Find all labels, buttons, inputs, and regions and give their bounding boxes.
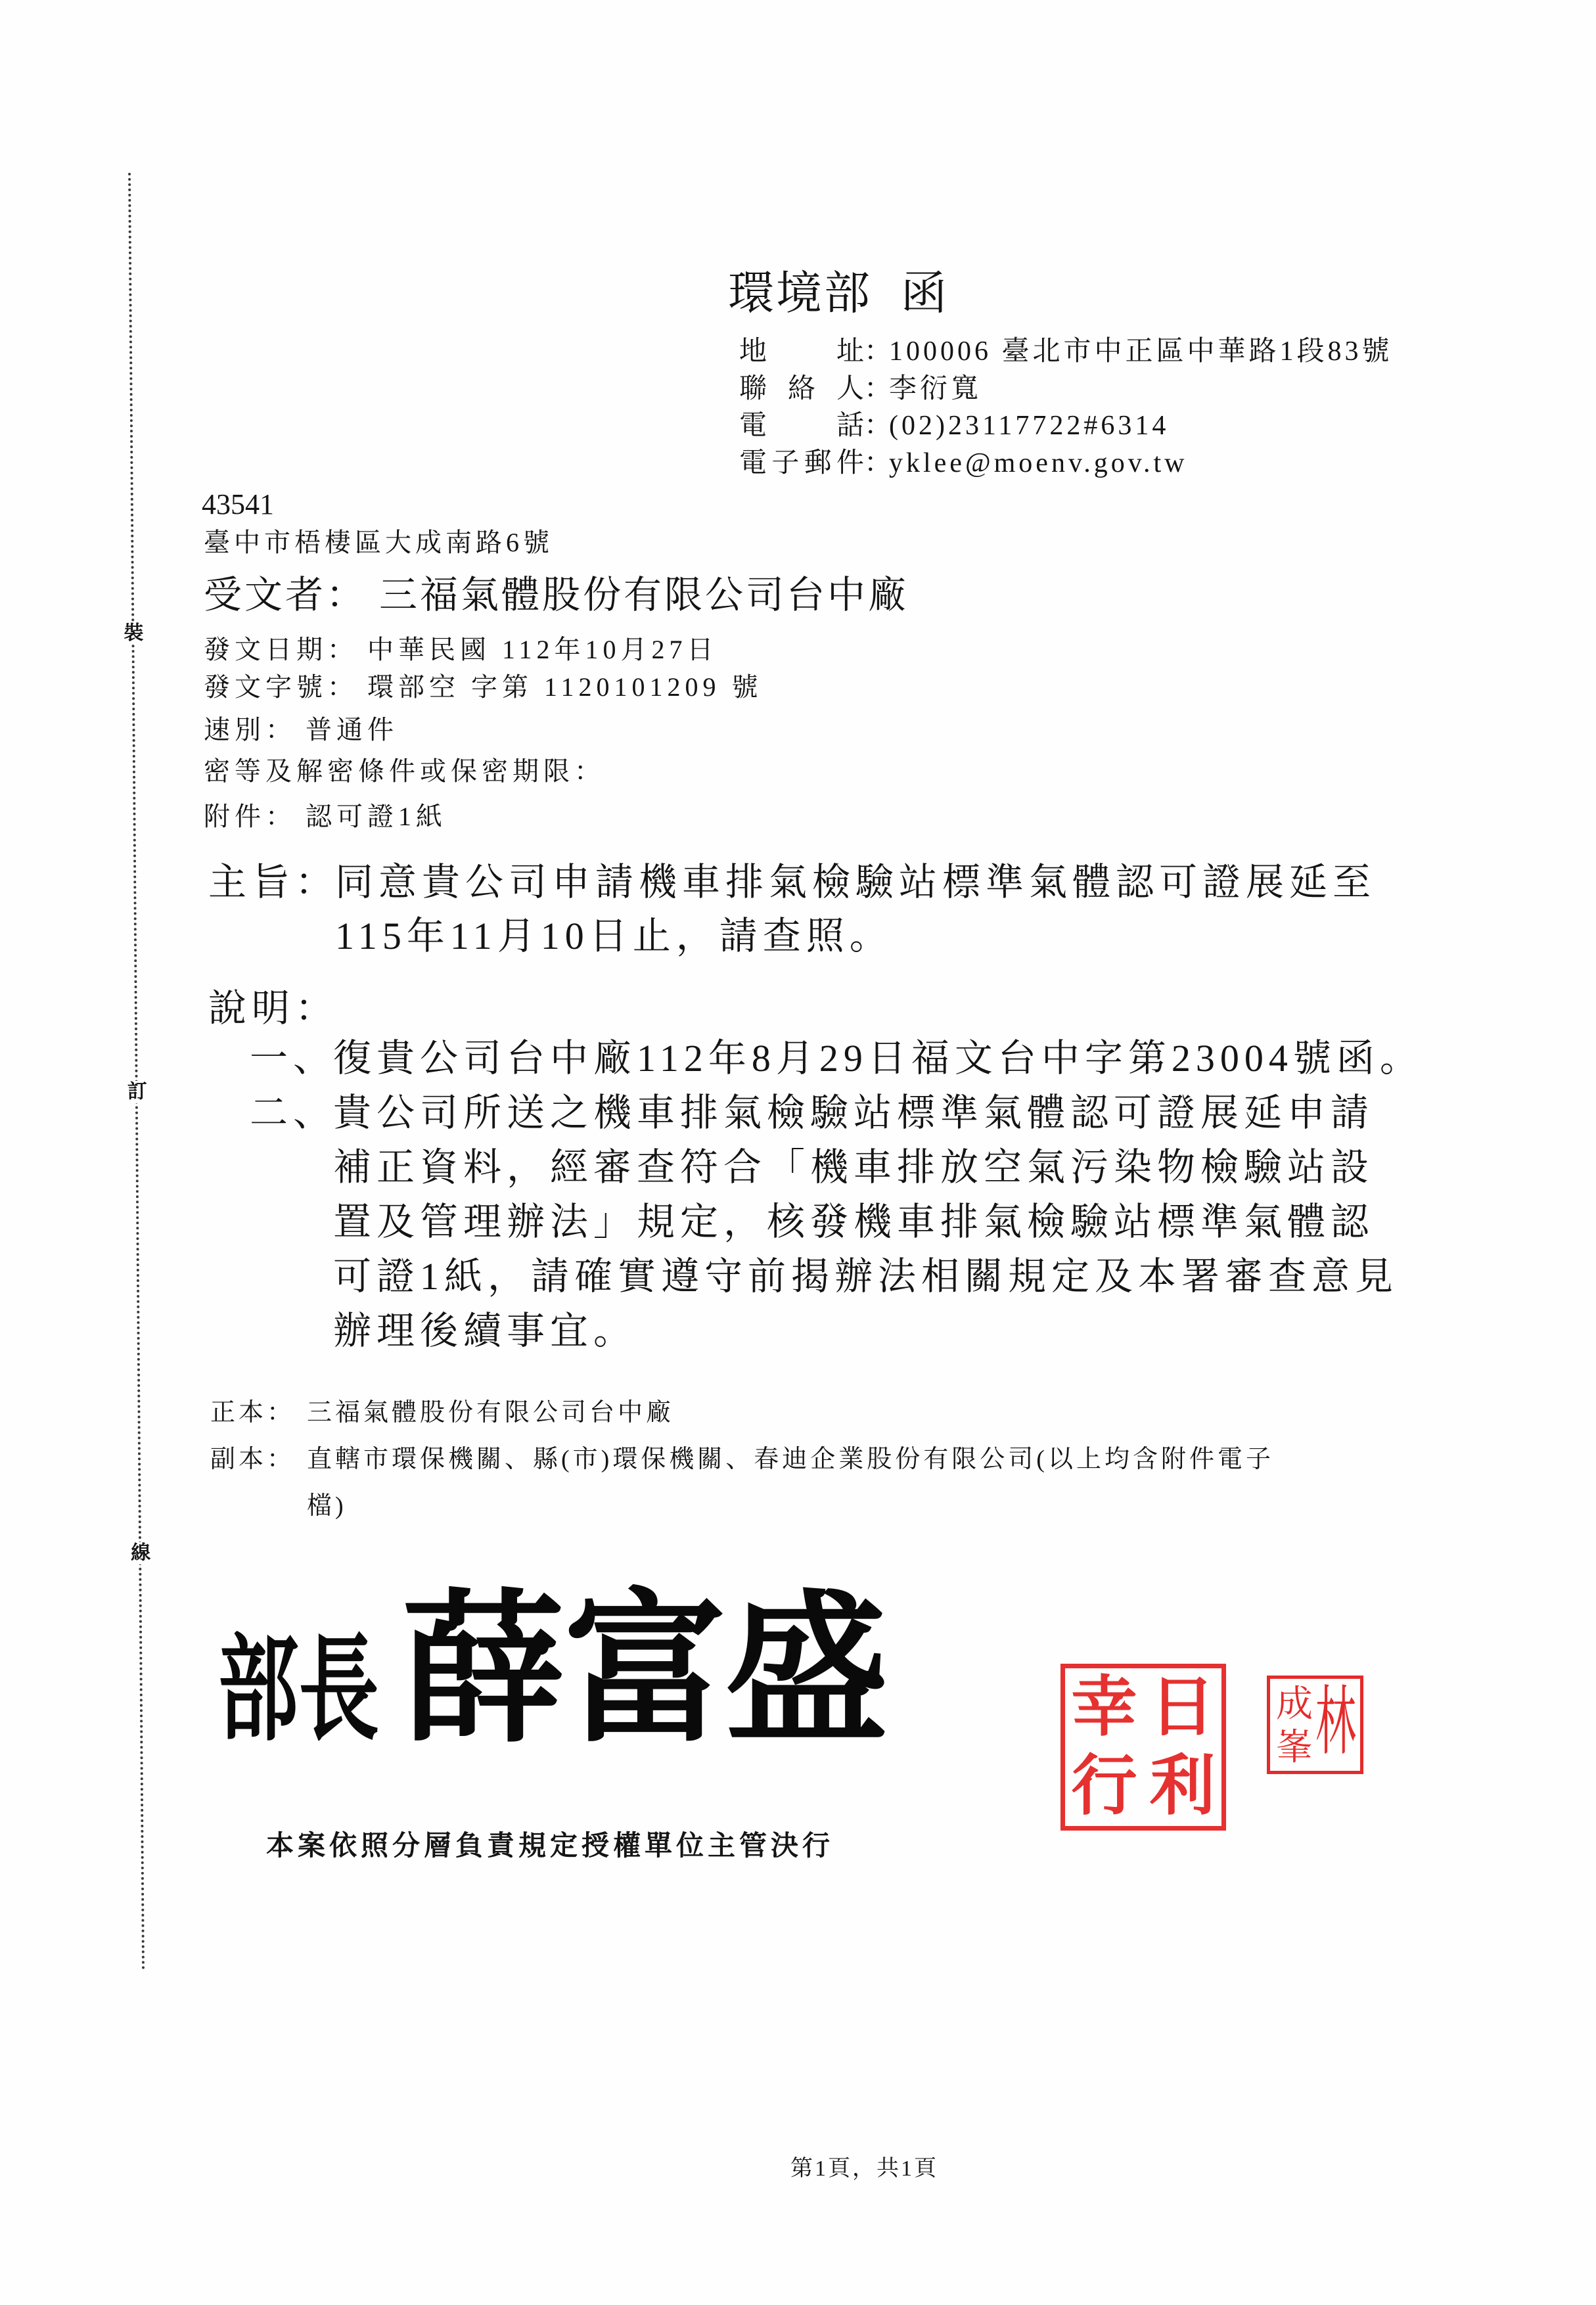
binding-label-zhuang: 裝 (122, 622, 145, 645)
official-letter-page: 裝 訂 線 環境部函 地址 ： 100006 臺北市中正區中華路1段83號 聯絡… (0, 0, 1596, 2305)
copy-recipients-row: 副本： 直轄市環保機關、縣(市)環保機關、春迪企業股份有限公司(以上均含附件電子… (210, 1436, 1274, 1530)
item-line: 可證1紙，請確實遵守前揭辦法相關規定及本署審查意見 (333, 1249, 1398, 1304)
seal-left-column: 成 峯 (1274, 1683, 1315, 1769)
seal-char: 幸 (1065, 1668, 1143, 1747)
seal-char: 利 (1143, 1747, 1221, 1826)
binding-label-xian: 線 (129, 1542, 152, 1564)
item-text: 復貴公司台中廠112年8月29日福文台中字第23004號函。 (333, 1031, 1423, 1085)
subject-line: 115年11月10日止，請查照。 (335, 909, 1376, 963)
explanation-label: 說明： (208, 982, 338, 1036)
binding-label-ding: 訂 (125, 1081, 149, 1103)
seal-char: 日 (1143, 1668, 1221, 1747)
colon: ： (864, 333, 889, 371)
subject-text: 同意貴公司申請機車排氣檢驗站標準氣體認可證展延至 115年11月10日止，請查照… (335, 856, 1376, 963)
contact-label: 電話 (739, 407, 864, 445)
distribution-section: 正本： 三福氣體股份有限公司台中廠 副本： 直轄市環保機關、縣(市)環保機關、春… (210, 1390, 1274, 1530)
issuing-agency: 環境部 (728, 269, 872, 319)
seal-char: 成 (1274, 1683, 1315, 1726)
seal-char: 行 (1065, 1747, 1143, 1826)
contact-value: yklee@moenv.gov.tw (889, 445, 1188, 482)
document-title: 環境部函 (728, 271, 949, 317)
recipient-label: 受文者： (204, 574, 367, 616)
colon: ： (864, 371, 889, 408)
contact-row-email: 電子郵件 ： yklee@moenv.gov.tw (739, 445, 1393, 482)
contact-label: 聯絡人 (739, 371, 864, 408)
subject-label: 主旨： (208, 856, 335, 963)
delegation-note: 本案依照分層負責規定授權單位主管決行 (266, 1833, 834, 1860)
original-label: 正本： (210, 1390, 307, 1436)
meta-value: 中華民國 112年10月27日 (367, 635, 718, 664)
copies-label: 副本： (210, 1436, 307, 1530)
binding-margin-line: 裝 訂 線 (128, 173, 145, 1971)
subject-line: 同意貴公司申請機車排氣檢驗站標準氣體認可證展延至 (335, 856, 1376, 909)
item-line: 復貴公司台中廠112年8月29日福文台中字第23004號函。 (333, 1031, 1423, 1085)
meta-value: 認可證1紙 (306, 802, 447, 831)
recipient-line: 受文者：三福氣體股份有限公司台中廠 (204, 576, 909, 614)
contact-row-address: 地址 ： 100006 臺北市中正區中華路1段83號 (739, 333, 1393, 371)
subject-section: 主旨： 同意貴公司申請機車排氣檢驗站標準氣體認可證展延至 115年11月10日止… (208, 856, 1376, 963)
original-recipient-row: 正本： 三福氣體股份有限公司台中廠 (210, 1390, 1274, 1436)
seal-stamp-name: 成 峯 林 (1267, 1676, 1363, 1774)
meta-label: 發文日期： (204, 635, 358, 664)
sender-contact-block: 地址 ： 100006 臺北市中正區中華路1段83號 聯絡人 ： 李衍寬 電話 … (739, 333, 1393, 482)
colon: ： (864, 445, 889, 482)
original-value: 三福氣體股份有限公司台中廠 (307, 1390, 674, 1436)
item-number: 二、 (250, 1085, 333, 1358)
meta-label: 密等及解密條件或保密期限： (204, 756, 605, 786)
recipient-name: 三福氣體股份有限公司台中廠 (379, 574, 909, 616)
meta-value: 普通件 (306, 715, 398, 744)
meta-value: 環部空 字第 1120101209 號 (367, 672, 763, 702)
meta-label: 速別： (204, 715, 296, 744)
seal-stamp-square: 幸 日 行 利 (1060, 1664, 1226, 1831)
explanation-item-1: 一、 復貴公司台中廠112年8月29日福文台中字第23004號函。 (250, 1031, 1423, 1085)
contact-label: 電子郵件 (739, 445, 864, 482)
document-type: 函 (901, 269, 949, 319)
contact-value: 100006 臺北市中正區中華路1段83號 (889, 333, 1393, 371)
contact-value: (02)23117722#6314 (889, 407, 1169, 445)
explanation-items: 一、 復貴公司台中廠112年8月29日福文台中字第23004號函。 二、 貴公司… (250, 1031, 1423, 1358)
seal-char: 峯 (1274, 1726, 1315, 1769)
recipient-zip-code: 43541 (202, 490, 274, 519)
colon: ： (864, 407, 889, 445)
signature-name: 薛富盛 (402, 1590, 887, 1753)
item-line: 貴公司所送之機車排氣檢驗站標準氣體認可證展延申請 (333, 1085, 1398, 1140)
contact-value: 李衍寬 (889, 371, 982, 408)
contact-row-person: 聯絡人 ： 李衍寬 (739, 371, 1393, 408)
explanation-item-2: 二、 貴公司所送之機車排氣檢驗站標準氣體認可證展延申請 補正資料，經審查符合「機… (250, 1085, 1423, 1358)
recipient-address: 臺中市梧棲區大成南路6號 (204, 530, 553, 556)
copies-line: 檔) (307, 1483, 1274, 1530)
meta-confidentiality: 密等及解密條件或保密期限： (204, 758, 614, 785)
copies-text: 直轄市環保機關、縣(市)環保機關、春迪企業股份有限公司(以上均含附件電子 檔) (307, 1436, 1274, 1530)
meta-priority: 速別：普通件 (204, 717, 398, 743)
meta-label: 附件： (204, 802, 296, 831)
item-line: 辦理後續事宜。 (333, 1304, 1398, 1358)
meta-document-number: 發文字號：環部空 字第 1120101209 號 (204, 674, 763, 700)
page-number: 第1頁，共1頁 (790, 2158, 938, 2180)
item-number: 一、 (250, 1031, 333, 1085)
meta-issue-date: 發文日期：中華民國 112年10月27日 (204, 637, 718, 663)
seal-char: 林 (1315, 1685, 1356, 1761)
item-line: 置及管理辦法」規定，核發機車排氣檢驗站標準氣體認 (333, 1195, 1398, 1249)
contact-row-phone: 電話 ： (02)23117722#6314 (739, 407, 1393, 445)
item-text: 貴公司所送之機車排氣檢驗站標準氣體認可證展延申請 補正資料，經審查符合「機車排放… (333, 1085, 1398, 1358)
item-line: 補正資料，經審查符合「機車排放空氣污染物檢驗站設 (333, 1140, 1398, 1195)
copies-line: 直轄市環保機關、縣(市)環保機關、春迪企業股份有限公司(以上均含附件電子 (307, 1436, 1274, 1483)
signature-title: 部長 (218, 1633, 379, 1748)
contact-label: 地址 (739, 333, 864, 371)
meta-label: 發文字號： (204, 672, 358, 702)
meta-attachment: 附件：認可證1紙 (204, 804, 447, 830)
